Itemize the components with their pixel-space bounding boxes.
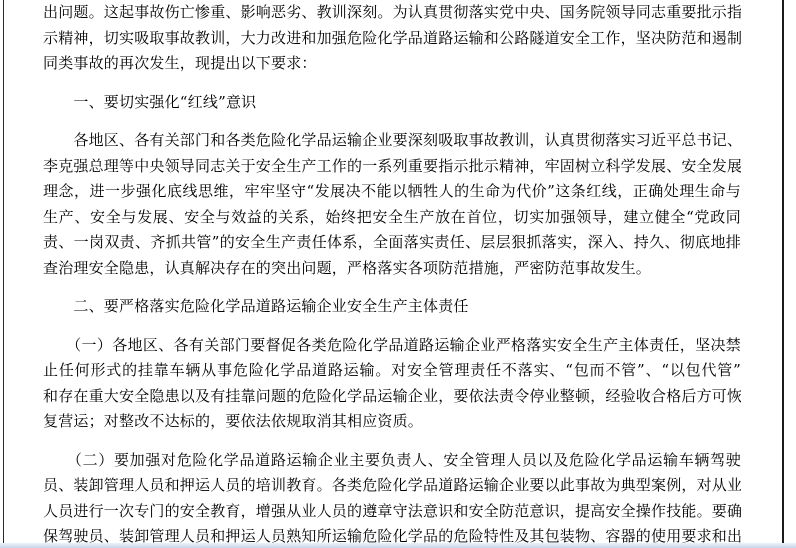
doc-line: 查治理安全隐患，认真解决存在的突出问题，严格落实各项防范措施，严密防范事故发生。 bbox=[43, 256, 741, 282]
doc-line: 示精神，切实吸取事故教训，大力改进和加强危险化学品道路运输和公路隧道安全工作，坚… bbox=[43, 26, 741, 52]
doc-line: 出问题。这起事故伤亡惨重、影响恶劣、教训深刻。为认真贯彻落实党中央、国务院领导同… bbox=[43, 0, 741, 26]
doc-line: 员、装卸管理人员和押运人员的培训教育。各类危险化学品道路运输企业要以此事故为典型… bbox=[43, 473, 741, 499]
page-right-border bbox=[782, 0, 784, 548]
document-viewer: { "page": { "background_color": "#ffffff… bbox=[0, 0, 796, 548]
section-heading-1: 一、要切实强化“红线”意识 bbox=[43, 90, 741, 116]
section-heading-line: 一、要切实强化“红线”意识 bbox=[43, 90, 741, 116]
paragraph-item-2: （二）要加强对危险化学品道路运输企业主要负责人、安全管理人员以及危险化学品运输车… bbox=[43, 448, 741, 548]
doc-line: 复营运；对整改不达标的，要依法依规取消其相应资质。 bbox=[43, 409, 741, 435]
doc-line: 李克强总理等中央领导同志关于安全生产工作的一系列重要指示批示精神，牢固树立科学发… bbox=[43, 154, 741, 180]
doc-line: （二）要加强对危险化学品道路运输企业主要负责人、安全管理人员以及危险化学品运输车… bbox=[43, 448, 741, 474]
doc-line: 人员进行一次专门的安全教育，增强从业人员的遵章守法意识和安全防范意识，提高安全操… bbox=[43, 499, 741, 525]
paragraph-red-line: 各地区、各有关部门和各类危险化学品运输企业要深刻吸取事故教训，认真贯彻落实习近平… bbox=[43, 128, 741, 281]
doc-line: 生产、安全与发展、安全与效益的关系，始终把安全生产放在首位，切实加强领导，建立健… bbox=[43, 205, 741, 231]
section-heading-line: 二、要严格落实危险化学品道路运输企业安全生产主体责任 bbox=[43, 294, 741, 320]
paragraph-continuation: 出问题。这起事故伤亡惨重、影响恶劣、教训深刻。为认真贯彻落实党中央、国务院领导同… bbox=[43, 0, 741, 77]
doc-line: 理念，进一步强化底线思维，牢牢坚守“发展决不能以牺牲人的生命为代价”这条红线，正… bbox=[43, 179, 741, 205]
doc-line: 和存在重大安全隐患以及有挂靠问题的危险化学品运输企业，要依法责令停业整顿，经验收… bbox=[43, 384, 741, 410]
doc-line: 同类事故的再次发生，现提出以下要求： bbox=[43, 51, 741, 77]
window-bottom-edge bbox=[0, 543, 796, 548]
doc-line: 责、一岗双责、齐抓共管”的安全生产责任体系，全面落实责任、层层狠抓落实，深入、持… bbox=[43, 230, 741, 256]
section-heading-2: 二、要严格落实危险化学品道路运输企业安全生产主体责任 bbox=[43, 294, 741, 320]
document-page[interactable]: 出问题。这起事故伤亡惨重、影响恶劣、教训深刻。为认真贯彻落实党中央、国务院领导同… bbox=[43, 0, 741, 548]
doc-line: （一）各地区、各有关部门要督促各类危险化学品道路运输企业严格落实安全生产主体责任… bbox=[43, 333, 741, 359]
doc-line: 各地区、各有关部门和各类危险化学品运输企业要深刻吸取事故教训，认真贯彻落实习近平… bbox=[43, 128, 741, 154]
paragraph-item-1: （一）各地区、各有关部门要督促各类危险化学品道路运输企业严格落实安全生产主体责任… bbox=[43, 333, 741, 435]
doc-line: 止任何形式的挂靠车辆从事危险化学品道路运输。对安全管理责任不落实、“包而不管”、… bbox=[43, 358, 741, 384]
page-left-border bbox=[3, 0, 4, 548]
